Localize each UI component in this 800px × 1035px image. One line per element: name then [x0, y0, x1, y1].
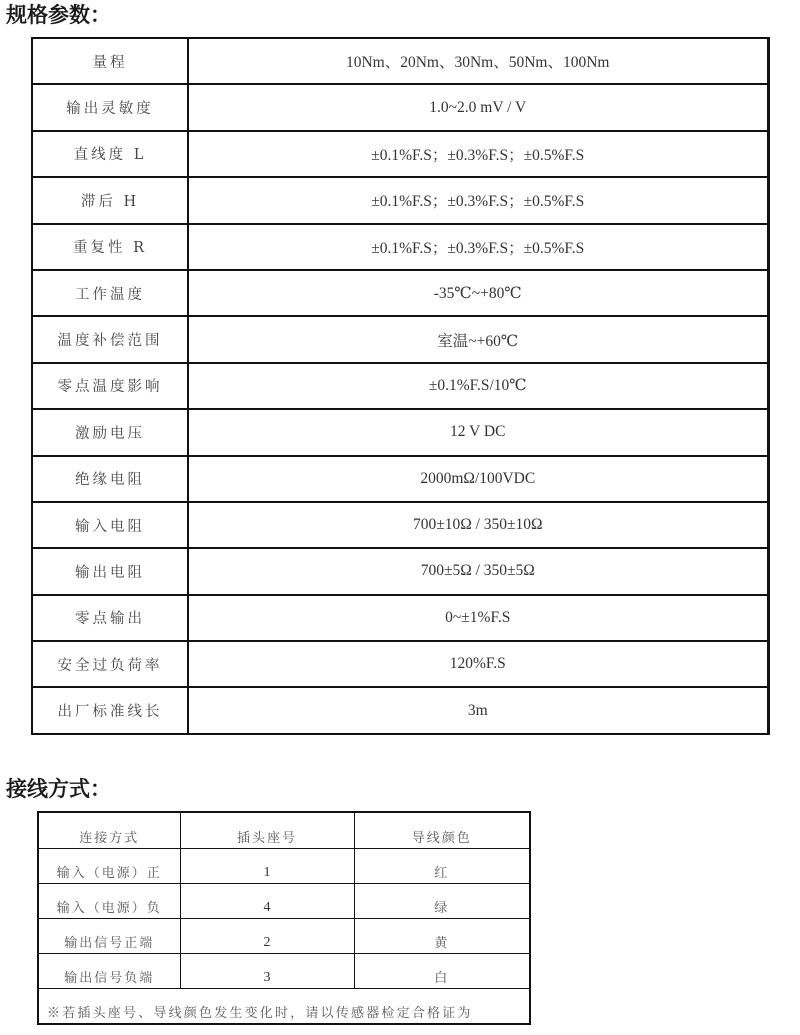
spec-label: 工作温度: [32, 270, 188, 316]
spec-value: ±0.1%F.S；±0.3%F.S；±0.5%F.S: [188, 131, 768, 177]
pin-cell: 3: [180, 954, 354, 989]
spec-row-range: 量程 10Nm、20Nm、30Nm、50Nm、100Nm: [32, 38, 768, 84]
spec-label: 零点输出: [32, 595, 188, 641]
spec-section-title: 规格参数：: [6, 5, 111, 26]
pin-cell: 4: [180, 884, 354, 919]
spec-row-excitation-voltage: 激励电压 12 V DC: [32, 409, 768, 455]
spec-row-hysteresis: 滞后 H ±0.1%F.S；±0.3%F.S；±0.5%F.S: [32, 177, 768, 223]
spec-label: 量程: [32, 38, 188, 84]
spec-label: 安全过负荷率: [32, 641, 188, 687]
header-pin: 插头座号: [180, 812, 354, 849]
spec-row-repeatability: 重复性 R ±0.1%F.S；±0.3%F.S；±0.5%F.S: [32, 224, 768, 270]
header-wire-color: 导线颜色: [354, 812, 530, 849]
wiring-note-row: ※若插头座号、导线颜色发生变化时，请以传感器检定合格证为: [38, 989, 530, 1025]
wiring-row: 输入（电源）负 4 绿: [38, 884, 530, 919]
spec-value: 10Nm、20Nm、30Nm、50Nm、100Nm: [188, 38, 768, 84]
wiring-section-title: 接线方式：: [6, 779, 111, 800]
spec-value: 3m: [188, 687, 768, 733]
spec-label: 输入电阻: [32, 502, 188, 548]
wire-color-cell: 黄: [354, 919, 530, 954]
spec-value: 2000mΩ/100VDC: [188, 456, 768, 502]
wiring-header-row: 连接方式 插头座号 导线颜色: [38, 812, 530, 849]
spec-row-cable-length: 出厂标准线长 3m: [32, 687, 768, 733]
spec-value: ±0.1%F.S/10℃: [188, 363, 768, 409]
wire-color-cell: 白: [354, 954, 530, 989]
wiring-row: 输入（电源）正 1 红: [38, 849, 530, 884]
spec-row-output-resistance: 输出电阻 700±5Ω / 350±5Ω: [32, 548, 768, 594]
spec-row-zero-temp-effect: 零点温度影响 ±0.1%F.S/10℃: [32, 363, 768, 409]
wiring-row: 输出信号正端 2 黄: [38, 919, 530, 954]
spec-label: 滞后 H: [32, 177, 188, 223]
wiring-row: 输出信号负端 3 白: [38, 954, 530, 989]
spec-value: 0~±1%F.S: [188, 595, 768, 641]
spec-table: 量程 10Nm、20Nm、30Nm、50Nm、100Nm 输出灵敏度 1.0~2…: [31, 37, 770, 735]
spec-row-operating-temp: 工作温度 -35℃~+80℃: [32, 270, 768, 316]
spec-row-insulation-resistance: 绝缘电阻 2000mΩ/100VDC: [32, 456, 768, 502]
wire-color-cell: 绿: [354, 884, 530, 919]
spec-row-sensitivity: 输出灵敏度 1.0~2.0 mV / V: [32, 84, 768, 130]
spec-value: ±0.1%F.S；±0.3%F.S；±0.5%F.S: [188, 224, 768, 270]
spec-row-temp-compensation: 温度补偿范围 室温~+60℃: [32, 316, 768, 362]
spec-label: 重复性 R: [32, 224, 188, 270]
spec-row-input-resistance: 输入电阻 700±10Ω / 350±10Ω: [32, 502, 768, 548]
connection-cell: 输入（电源）负: [38, 884, 180, 919]
header-connection: 连接方式: [38, 812, 180, 849]
wire-color-cell: 红: [354, 849, 530, 884]
spec-label: 输出灵敏度: [32, 84, 188, 130]
pin-cell: 1: [180, 849, 354, 884]
wiring-table: 连接方式 插头座号 导线颜色 输入（电源）正 1 红 输入（电源）负 4 绿 输…: [37, 811, 531, 1025]
connection-cell: 输出信号正端: [38, 919, 180, 954]
spec-label: 绝缘电阻: [32, 456, 188, 502]
spec-value: 700±10Ω / 350±10Ω: [188, 502, 768, 548]
wiring-note: ※若插头座号、导线颜色发生变化时，请以传感器检定合格证为: [38, 989, 530, 1025]
spec-value: 1.0~2.0 mV / V: [188, 84, 768, 130]
pin-cell: 2: [180, 919, 354, 954]
spec-value: 室温~+60℃: [188, 316, 768, 362]
spec-value: 12 V DC: [188, 409, 768, 455]
spec-value: 120%F.S: [188, 641, 768, 687]
spec-label: 激励电压: [32, 409, 188, 455]
spec-row-safe-overload: 安全过负荷率 120%F.S: [32, 641, 768, 687]
connection-cell: 输入（电源）正: [38, 849, 180, 884]
connection-cell: 输出信号负端: [38, 954, 180, 989]
spec-label: 温度补偿范围: [32, 316, 188, 362]
spec-label: 输出电阻: [32, 548, 188, 594]
spec-row-zero-output: 零点输出 0~±1%F.S: [32, 595, 768, 641]
spec-label: 直线度 L: [32, 131, 188, 177]
spec-row-linearity: 直线度 L ±0.1%F.S；±0.3%F.S；±0.5%F.S: [32, 131, 768, 177]
spec-value: ±0.1%F.S；±0.3%F.S；±0.5%F.S: [188, 177, 768, 223]
spec-value: -35℃~+80℃: [188, 270, 768, 316]
spec-label: 出厂标准线长: [32, 687, 188, 733]
spec-label: 零点温度影响: [32, 363, 188, 409]
spec-value: 700±5Ω / 350±5Ω: [188, 548, 768, 594]
